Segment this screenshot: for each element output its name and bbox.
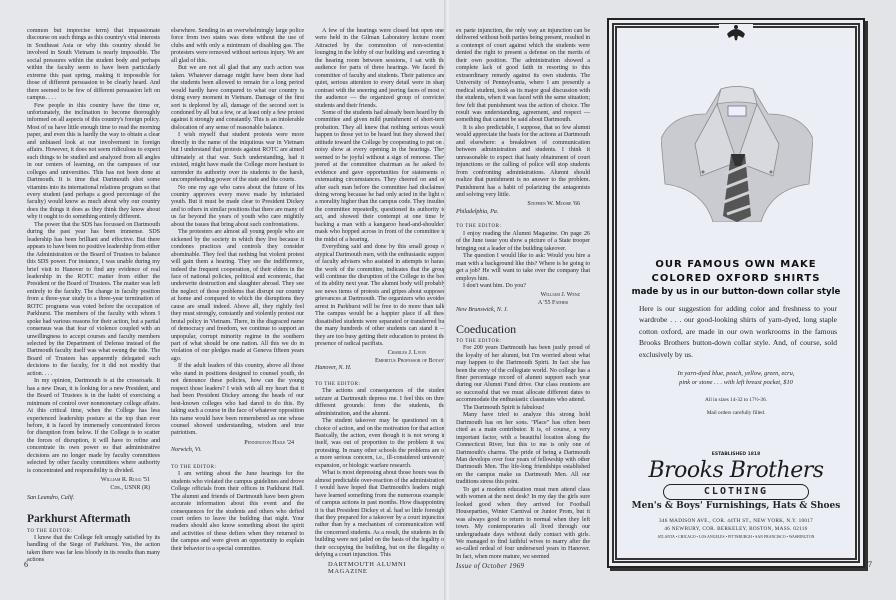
place-hanover: Hanover, N. H. <box>315 365 446 372</box>
paragraph: A few of the hearings were closed but op… <box>315 28 446 110</box>
place-san-leandro: San Leandro, Calif. <box>27 495 160 502</box>
signature-rugg-2: Cdr., USNR (R) <box>27 485 160 492</box>
place-philadelphia: Philadelphia, Pa. <box>456 209 590 216</box>
col1-body: common but imprecise term) that impassio… <box>27 28 160 475</box>
paragraph: Many have tried to analyze this strong h… <box>456 412 590 487</box>
paragraph: ex parte injunction, the only way an inj… <box>456 28 590 125</box>
page-number-left: 6 <box>24 560 28 569</box>
paragraph: I don't want him. Do you? <box>456 283 590 290</box>
ad-established: ESTABLISHED 1818 <box>623 452 849 457</box>
right-column-1: ex parte injunction, the only way an inj… <box>456 28 590 561</box>
signature-haile: Pennington Haile '24 <box>171 440 304 447</box>
left-page: common but imprecise term) that impassio… <box>0 0 446 600</box>
seizure-letter: The actions and consequences of the stud… <box>315 388 446 559</box>
signature-wenz-1: William J. Wenz <box>456 292 590 299</box>
injunction-letter: ex parte injunction, the only way an inj… <box>456 28 590 199</box>
ad-colors-line-1: In yarn-dyed blue, peach, yellow, green,… <box>623 369 849 378</box>
hearings-letter-start: I am writing about the June hearings for… <box>171 471 304 553</box>
brand-logo-brooks-brothers: Brooks Brothers <box>623 458 849 483</box>
paragraph: I enjoy reading the Alumni Magazine. On … <box>456 231 590 253</box>
parkhurst-letter-start: I know that the College felt smugly sati… <box>27 535 160 565</box>
issue-date-footer: Issue of October 1969 <box>456 562 524 570</box>
paragraph: For 200 years Dartmouth has been justly … <box>456 345 590 405</box>
paragraph: If the adult leaders of this country, ab… <box>171 363 304 438</box>
ad-headline-line-2: COLORED OXFORD SHIRTS <box>623 273 849 284</box>
paragraph: In my opinion, Dartmouth is at the cross… <box>27 378 160 475</box>
coeducation-letter: For 200 years Dartmouth has been justly … <box>456 345 590 561</box>
page-number-right: 7 <box>868 560 872 569</box>
paragraph: elsewhere. Sending in an overwhelmingly … <box>171 28 304 65</box>
ad-body-copy: Here is our suggestion for adding color … <box>639 303 837 360</box>
address-new-york: 346 MADISON AVE., COR. 44TH ST., NEW YOR… <box>623 518 849 524</box>
to-the-editor-label: TO THE EDITOR: <box>27 528 160 535</box>
headline-coeducation: Coeducation <box>456 323 590 336</box>
brand-furnishings-line: Men's & Boys' Furnishings, Hats & Shoes <box>623 501 849 511</box>
paragraph: The actions and consequences of the stud… <box>315 388 446 418</box>
brooks-brothers-advertisement: OUR FAMOUS OWN MAKE COLORED OXFORD SHIRT… <box>607 18 865 568</box>
paragraph: Few people in this country have the time… <box>27 103 160 222</box>
paragraph: Everything said and done by this small g… <box>315 244 446 348</box>
golden-fleece-icon <box>719 24 753 44</box>
ad-colors-line-2: pink or stone . . . with left breast poc… <box>623 378 849 387</box>
paragraph: What is most depressing about those hour… <box>315 470 446 559</box>
ad-inner-panel: OUR FAMOUS OWN MAKE COLORED OXFORD SHIRT… <box>623 34 849 552</box>
signature-rugg-1: William R. Rugg '51 <box>27 477 160 484</box>
to-the-editor-label: TO THE EDITOR: <box>456 223 590 230</box>
paragraph: The Dartmouth Spirit is fabulous! <box>456 405 590 412</box>
left-column-1: common but imprecise term) that impassio… <box>27 28 160 565</box>
paragraph: But we are not all glad that any such ac… <box>171 65 304 132</box>
paragraph: The protesters are almost all young peop… <box>171 229 304 363</box>
brand-clothing-banner: CLOTHING <box>663 484 809 500</box>
paragraph: I wish myself that student protests were… <box>171 132 304 184</box>
signature-moore: Stephen W. Moore '66 <box>456 201 590 208</box>
left-column-2: elsewhere. Sending in an overwhelmingly … <box>171 28 304 553</box>
paragraph: No one my age who cares about the future… <box>171 185 304 230</box>
paragraph: It is also predictable, I suppose, that … <box>456 125 590 200</box>
paragraph: Some of the students had already been he… <box>315 110 446 244</box>
signature-wenz-2: A '55 Father <box>456 300 590 307</box>
signature-lyon-1: Charles J. Lyon <box>315 350 446 357</box>
ad-mail-orders: Mail orders carefully filled. <box>623 410 849 416</box>
col2-body: elsewhere. Sending in an overwhelmingly … <box>171 28 304 438</box>
paragraph: The power that the SDS has focussed on D… <box>27 222 160 379</box>
left-column-3: A few of the hearings were closed but op… <box>315 28 446 560</box>
ad-subhead: made by us in our button-down collar sty… <box>623 287 849 297</box>
signature-lyon-2: Emeritus Professor of Botany <box>315 358 446 365</box>
shirt-collar-tie-illustration <box>661 84 813 222</box>
col3-body: A few of the hearings were closed but op… <box>315 28 446 348</box>
ad-headline-line-1: OUR FAMOUS OWN MAKE <box>623 259 849 270</box>
paragraph: The question I would like to ask: Would … <box>456 253 590 283</box>
branch-cities: ATLANTA • CHICAGO • LOS ANGELES • PITTSB… <box>623 535 849 539</box>
paragraph: To get a modern education must men atten… <box>456 487 590 562</box>
headline-parkhurst-aftermath: Parkhurst Aftermath <box>27 513 160 526</box>
trooper-letter: I enjoy reading the Alumni Magazine. On … <box>456 231 590 291</box>
paragraph: common but imprecise term) that impassio… <box>27 28 160 103</box>
ad-sizes: All in sizes 14-32 to 17½-36. <box>623 397 849 403</box>
paragraph: The student takeover may be questioned o… <box>315 418 446 470</box>
place-new-brunswick: New Brunswick, N. J. <box>456 307 590 314</box>
place-norwich: Norwich, Vt. <box>171 447 304 454</box>
address-boston: 46 NEWBURY, COR. BERKELEY, BOSTON, MASS.… <box>623 526 849 532</box>
running-head-magazine: DARTMOUTH ALUMNI MAGAZINE <box>328 561 446 575</box>
